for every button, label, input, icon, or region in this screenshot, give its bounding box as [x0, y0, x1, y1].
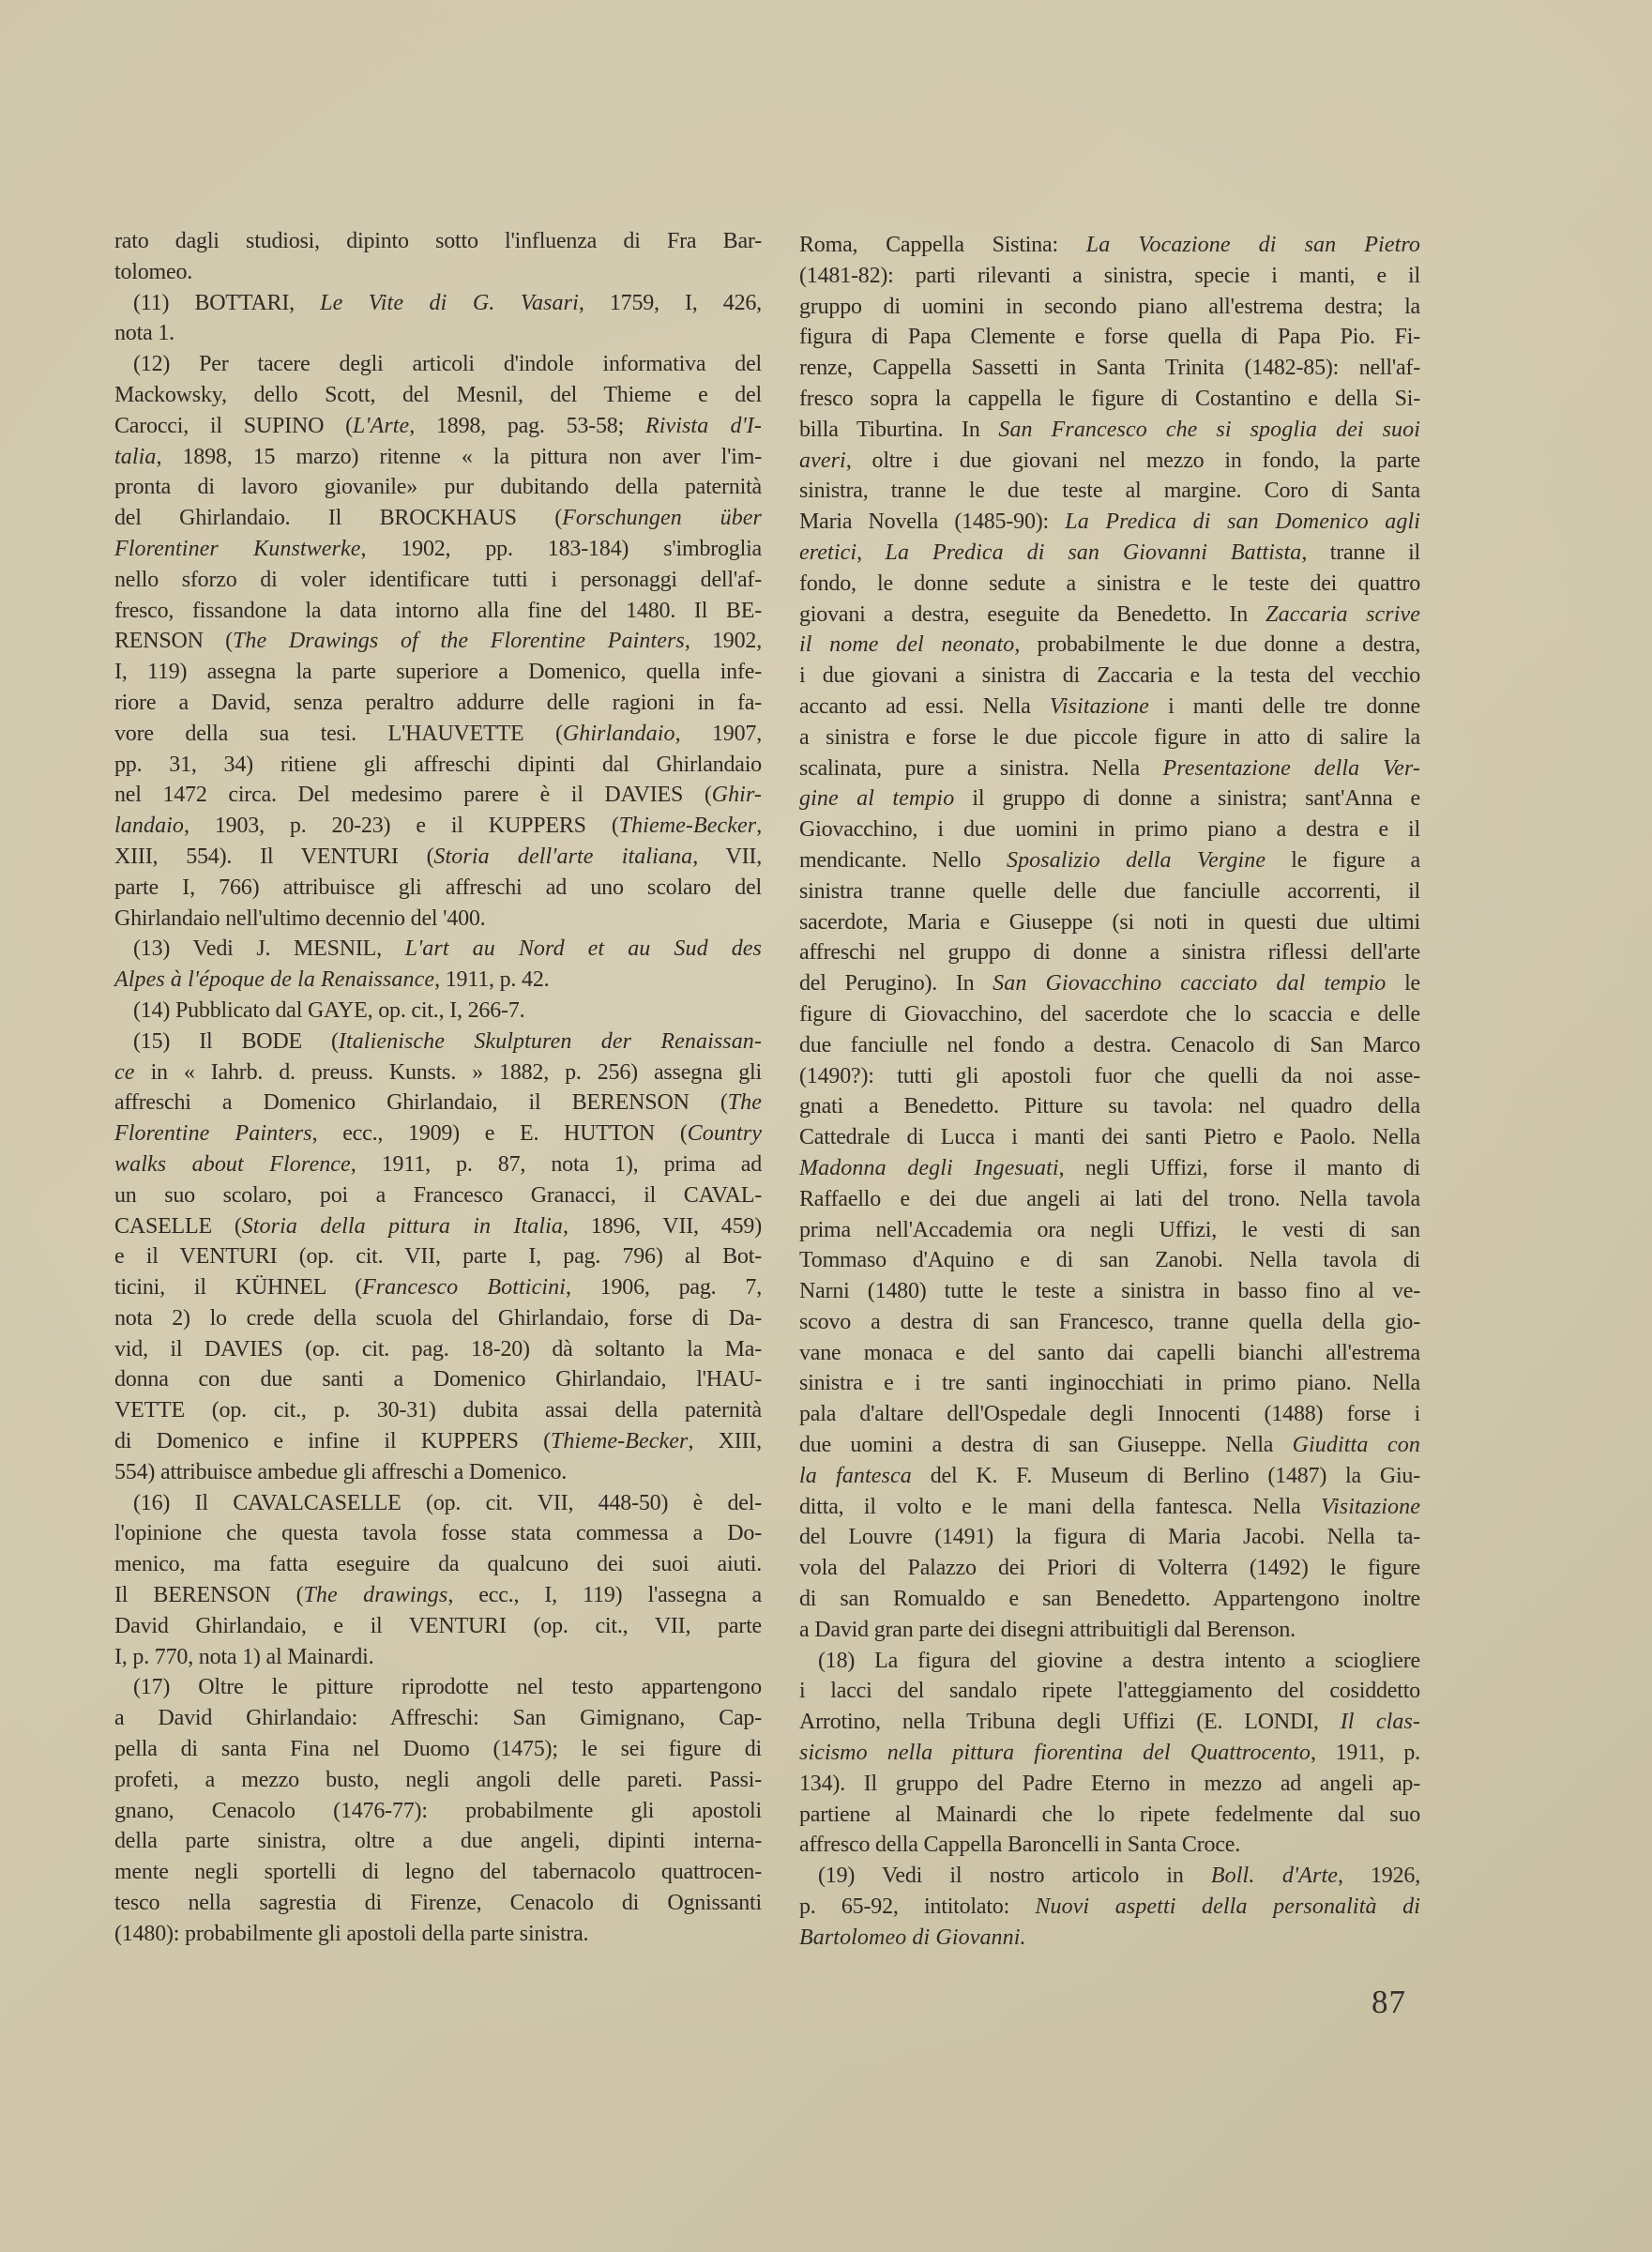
text-line: del Ghirlandaio. Il BROCKHAUS (Forschung…	[114, 503, 762, 534]
text-line: sicismo nella pittura fiorentina del Qua…	[799, 1738, 1420, 1769]
text-line: (14) Pubblicato dal GAYE, op. cit., I, 2…	[114, 996, 762, 1027]
text-line: mendicante. Nello Sposalizio della Vergi…	[799, 845, 1420, 876]
text-line: rato dagli studiosi, dipinto sotto l'inf…	[114, 226, 762, 257]
text-line: CASELLE (Storia della pittura in Italia,…	[114, 1211, 762, 1242]
text-line: l'opinione che questa tavola fosse stata…	[114, 1518, 762, 1549]
text-line: due uomini a destra di san Giuseppe. Nel…	[799, 1430, 1420, 1461]
text-line: vore della sua tesi. L'HAUVETTE (Ghirlan…	[114, 719, 762, 750]
text-line: accanto ad essi. Nella Visitazione i man…	[799, 692, 1420, 723]
text-line: vane monaca e del santo dai capelli bian…	[799, 1338, 1420, 1369]
footnotes-left-column: rato dagli studiosi, dipinto sotto l'inf…	[114, 226, 762, 1950]
text-line: riore a David, senza peraltro addurre de…	[114, 688, 762, 719]
text-line: sacerdote, Maria e Giuseppe (si noti in …	[799, 907, 1420, 938]
text-line: nota 2) lo crede della scuola del Ghirla…	[114, 1303, 762, 1334]
text-line: i lacci del sandalo ripete l'atteggiamen…	[799, 1676, 1420, 1707]
text-line: Ghirlandaio nell'ultimo decennio del '40…	[114, 904, 762, 935]
text-line: averi, oltre i due giovani nel mezzo in …	[799, 446, 1420, 477]
text-line: a sinistra e forse le due piccole figure…	[799, 723, 1420, 753]
text-line: renze, Cappella Sassetti in Santa Trinit…	[799, 353, 1420, 384]
text-line: (15) Il BODE (Italienische Skulpturen de…	[114, 1027, 762, 1058]
text-line: donna con due santi a Domenico Ghirlanda…	[114, 1364, 762, 1395]
text-line: figura di Papa Clemente e forse quella d…	[799, 322, 1420, 353]
text-line: un suo scolaro, poi a Francesco Granacci…	[114, 1180, 762, 1211]
text-line: I, p. 770, nota 1) al Mainardi.	[114, 1642, 762, 1673]
text-line: sinistra tranne quelle delle due fanciul…	[799, 876, 1420, 907]
text-line: Florentiner Kunstwerke, 1902, pp. 183-18…	[114, 534, 762, 565]
text-line: pronta di lavoro giovanile» pur dubitand…	[114, 472, 762, 503]
text-line: ditta, il volto e le mani della fantesca…	[799, 1492, 1420, 1523]
text-line: del Perugino). In San Giovacchino caccia…	[799, 968, 1420, 999]
footnotes-right-column: Roma, Cappella Sistina: La Vocazione di …	[799, 230, 1420, 1954]
text-line: nel 1472 circa. Del medesimo parere è il…	[114, 780, 762, 811]
text-line: di Domenico e infine il KUPPERS (Thieme-…	[114, 1426, 762, 1457]
text-line: di san Romualdo e san Benedetto. Apparte…	[799, 1584, 1420, 1615]
text-line: figure di Giovacchino, del sacerdote che…	[799, 999, 1420, 1030]
text-line: (11) BOTTARI, Le Vite di G. Vasari, 1759…	[114, 288, 762, 319]
text-line: 554) attribuisce ambedue gli affreschi a…	[114, 1457, 762, 1488]
text-line: billa Tiburtina. In San Francesco che si…	[799, 415, 1420, 446]
text-line: Arrotino, nella Tribuna degli Uffizi (E.…	[799, 1707, 1420, 1738]
text-line: I, 119) assegna la parte superiore a Dom…	[114, 657, 762, 688]
text-line: (12) Per tacere degli articoli d'indole …	[114, 349, 762, 380]
text-line: (13) Vedi J. MESNIL, L'art au Nord et au…	[114, 934, 762, 965]
text-line: pala d'altare dell'Ospedale degli Innoce…	[799, 1399, 1420, 1430]
text-line: affreschi nel gruppo di donne a sinistra…	[799, 937, 1420, 968]
text-line: parte I, 766) attribuisce gli affreschi …	[114, 873, 762, 904]
text-line: pella di santa Fina nel Duomo (1475); le…	[114, 1734, 762, 1765]
text-line: sinistra e i tre santi inginocchiati in …	[799, 1368, 1420, 1399]
text-line: scovo a destra di san Francesco, tranne …	[799, 1307, 1420, 1338]
text-line: il nome del neonato, probabilmente le du…	[799, 630, 1420, 661]
text-line: Bartolomeo di Giovanni.	[799, 1923, 1420, 1954]
text-line: scalinata, pure a sinistra. Nella Presen…	[799, 753, 1420, 784]
text-line: Alpes à l'époque de la Renaissance, 1911…	[114, 965, 762, 996]
text-line: affresco della Cappella Baroncelli in Sa…	[799, 1830, 1420, 1861]
text-line: i due giovani a sinistra di Zaccaria e l…	[799, 661, 1420, 692]
text-line: nello sforzo di voler identificare tutti…	[114, 565, 762, 596]
text-line: e il VENTURI (op. cit. VII, parte I, pag…	[114, 1241, 762, 1272]
text-line: profeti, a mezzo busto, negli angoli del…	[114, 1765, 762, 1796]
text-line: walks about Florence, 1911, p. 87, nota …	[114, 1149, 762, 1180]
text-line: due fanciulle nel fondo a destra. Cenaco…	[799, 1030, 1420, 1061]
text-line: Narni (1480) tutte le teste a sinistra i…	[799, 1276, 1420, 1307]
text-line: (17) Oltre le pitture riprodotte nel tes…	[114, 1672, 762, 1703]
text-line: Mackowsky, dello Scott, del Mesnil, del …	[114, 380, 762, 411]
text-line: sinistra, tranne le due teste al margine…	[799, 476, 1420, 507]
text-line: vid, il DAVIES (op. cit. pag. 18-20) dà …	[114, 1334, 762, 1365]
text-line: del Louvre (1491) la figura di Maria Jac…	[799, 1522, 1420, 1553]
text-line: (18) La figura del giovine a destra inte…	[799, 1646, 1420, 1677]
text-line: vola del Palazzo dei Priori di Volterra …	[799, 1553, 1420, 1584]
text-line: talia, 1898, 15 marzo) ritenne « la pitt…	[114, 442, 762, 473]
text-line: prima nell'Accademia ora negli Uffizi, l…	[799, 1215, 1420, 1246]
text-line: Madonna degli Ingesuati, negli Uffizi, f…	[799, 1153, 1420, 1184]
text-line: giovani a destra, eseguite da Benedetto.…	[799, 600, 1420, 631]
text-line: a David gran parte dei disegni attribuit…	[799, 1615, 1420, 1646]
text-line: Giovacchino, i due uomini in primo piano…	[799, 814, 1420, 845]
text-line: (19) Vedi il nostro articolo in Boll. d'…	[799, 1861, 1420, 1892]
text-line: pp. 31, 34) ritiene gli affreschi dipint…	[114, 750, 762, 781]
text-line: la fantesca del K. F. Museum di Berlino …	[799, 1461, 1420, 1492]
text-line: fondo, le donne sedute a sinistra e le t…	[799, 569, 1420, 600]
text-line: Il BERENSON (The drawings, ecc., I, 119)…	[114, 1580, 762, 1611]
text-line: gnano, Cenacolo (1476-77): probabilmente…	[114, 1796, 762, 1827]
text-line: menico, ma fatta eseguire da qualcuno de…	[114, 1549, 762, 1580]
text-line: David Ghirlandaio, e il VENTURI (op. cit…	[114, 1611, 762, 1642]
text-line: mente negli sportelli di legno del taber…	[114, 1857, 762, 1888]
text-line: Maria Novella (1485-90): La Predica di s…	[799, 507, 1420, 538]
text-line: eretici, La Predica di san Giovanni Batt…	[799, 538, 1420, 569]
text-line: ticini, il KÜHNEL (Francesco Botticini, …	[114, 1272, 762, 1303]
text-line: p. 65-92, intitolato: Nuovi aspetti dell…	[799, 1892, 1420, 1923]
text-line: fresco, fissandone la data intorno alla …	[114, 596, 762, 627]
text-line: gnati a Benedetto. Pitture su tavola: ne…	[799, 1091, 1420, 1122]
text-line: (1481-82): parti rilevanti a sinistra, s…	[799, 261, 1420, 292]
text-line: fresco sopra la cappella le figure di Co…	[799, 384, 1420, 415]
text-line: XIII, 554). Il VENTURI (Storia dell'arte…	[114, 842, 762, 873]
text-line: ce in « Iahrb. d. preuss. Kunsts. » 1882…	[114, 1058, 762, 1088]
text-line: Roma, Cappella Sistina: La Vocazione di …	[799, 230, 1420, 261]
text-line: gine al tempio il gruppo di donne a sini…	[799, 784, 1420, 814]
scanned-page: rato dagli studiosi, dipinto sotto l'inf…	[0, 0, 1652, 2252]
text-line: Cattedrale di Lucca i manti dei santi Pi…	[799, 1122, 1420, 1153]
text-line: (1480): probabilmente gli apostoli della…	[114, 1919, 762, 1950]
text-line: affreschi a Domenico Ghirlandaio, il BER…	[114, 1088, 762, 1118]
text-line: Florentine Painters, ecc., 1909) e E. HU…	[114, 1118, 762, 1149]
text-line: nota 1.	[114, 318, 762, 349]
text-line: RENSON (The Drawings of the Florentine P…	[114, 626, 762, 657]
text-line: VETTE (op. cit., p. 30-31) dubita assai …	[114, 1395, 762, 1426]
text-line: tolomeo.	[114, 257, 762, 288]
text-line: (16) Il CAVALCASELLE (op. cit. VII, 448-…	[114, 1488, 762, 1519]
text-line: gruppo di uomini in secondo piano all'es…	[799, 292, 1420, 323]
text-line: tesco nella sagrestia di Firenze, Cenaco…	[114, 1888, 762, 1919]
text-line: (1490?): tutti gli apostoli fuor che que…	[799, 1061, 1420, 1092]
text-line: Tommaso d'Aquino e di san Zanobi. Nella …	[799, 1245, 1420, 1276]
text-line: a David Ghirlandaio: Affreschi: San Gimi…	[114, 1703, 762, 1734]
text-line: landaio, 1903, p. 20-23) e il KUPPERS (T…	[114, 811, 762, 842]
text-line: Carocci, il SUPINO (L'Arte, 1898, pag. 5…	[114, 411, 762, 442]
page-number: 87	[1372, 1984, 1406, 2021]
text-line: partiene al Mainardi che lo ripete fedel…	[799, 1800, 1420, 1831]
text-line: 134). Il gruppo del Padre Eterno in mezz…	[799, 1769, 1420, 1800]
text-line: Raffaello e dei due angeli ai lati del t…	[799, 1184, 1420, 1215]
text-line: della parte sinistra, oltre a due angeli…	[114, 1826, 762, 1857]
